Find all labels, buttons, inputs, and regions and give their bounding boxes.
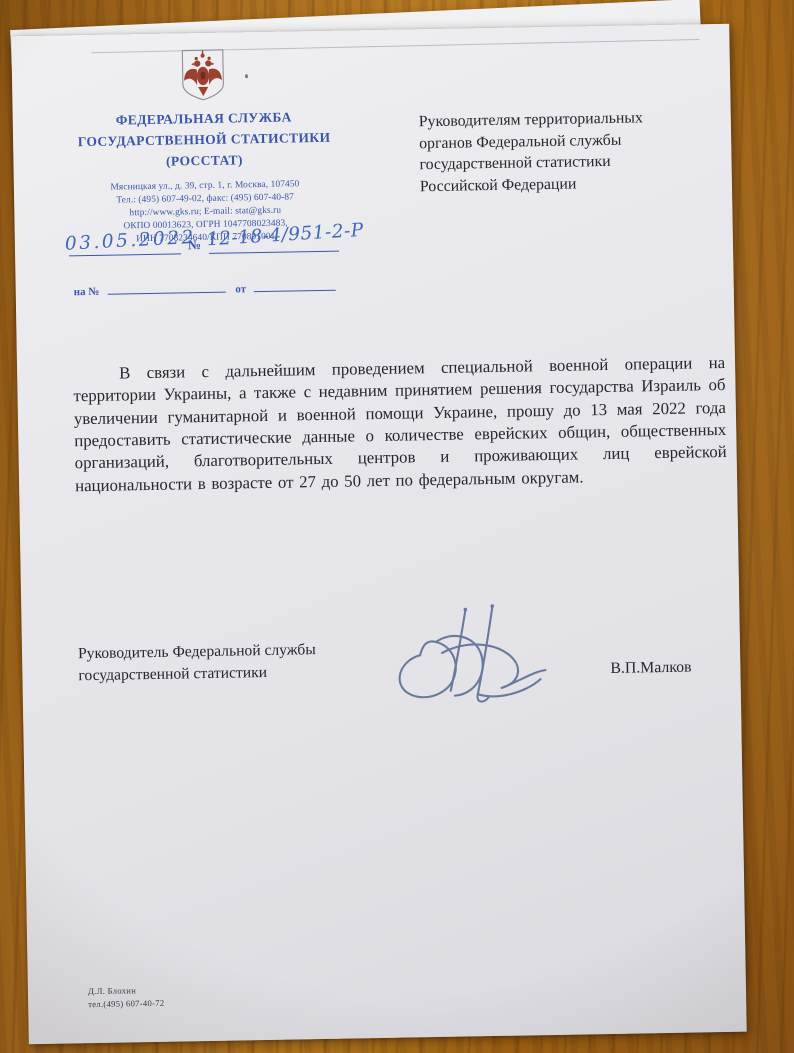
executor-contact-block: Д.Л. Блохин тел.(495) 607-40-72 — [88, 984, 165, 1011]
letter-body-paragraph: В связи с дальнейшим проведением специал… — [73, 352, 727, 497]
reply-number-blank — [107, 281, 225, 295]
wooden-desk-background: ФЕДЕРАЛЬНАЯ СЛУЖБА ГОСУДАРСТВЕННОЙ СТАТИ… — [0, 0, 794, 1053]
handwritten-date: 03.05.2022 — [64, 227, 196, 255]
signer-name: В.П.Малков — [610, 659, 691, 678]
reply-from-label: от — [235, 283, 246, 295]
reply-prefix-label: на № — [74, 286, 100, 298]
signer-title: Руководитель Федеральной службы государс… — [78, 638, 399, 688]
recipient-block: Руководителям территориальных органов Фе… — [419, 106, 720, 198]
date-underline — [69, 253, 181, 256]
recipient-line-4: Российской Федерации — [420, 171, 720, 198]
signer-title-line-2: государственной статистики — [78, 660, 398, 688]
executor-phone: тел.(495) 607-40-72 — [88, 997, 164, 1011]
handwritten-signature-icon — [379, 599, 556, 717]
number-underline — [209, 251, 339, 254]
russia-coat-of-arms-icon — [179, 47, 226, 104]
letterhead: ФЕДЕРАЛЬНАЯ СЛУЖБА ГОСУДАРСТВЕННОЙ СТАТИ… — [61, 45, 346, 248]
letter-document: ФЕДЕРАЛЬНАЯ СЛУЖБА ГОСУДАРСТВЕННОЙ СТАТИ… — [11, 24, 746, 1044]
agency-name: ФЕДЕРАЛЬНАЯ СЛУЖБА ГОСУДАРСТВЕННОЙ СТАТИ… — [63, 107, 346, 175]
reply-date-blank — [254, 279, 336, 292]
reply-reference-row: на №от — [74, 279, 337, 299]
executor-name: Д.Л. Блохин — [88, 984, 164, 998]
reference-row: № 03.05.2022 12-18-4/951-2-Р — [69, 223, 410, 267]
